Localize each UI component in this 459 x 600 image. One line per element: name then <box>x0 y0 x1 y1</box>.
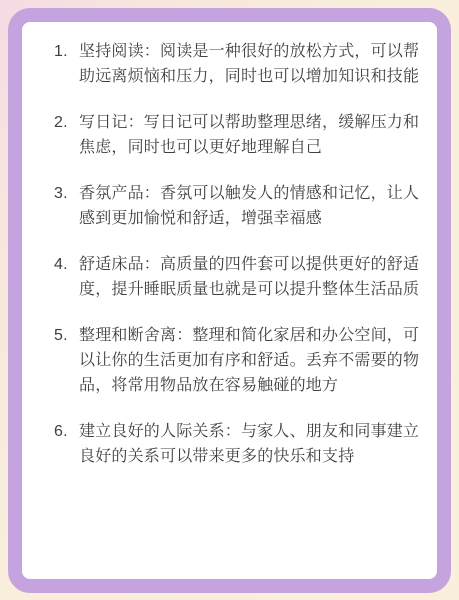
tips-card: 1. 坚持阅读：阅读是一种很好的放松方式，可以帮助远离烦恼和压力，同时也可以增加… <box>8 8 451 593</box>
tip-number: 6. <box>54 419 79 444</box>
tip-number: 1. <box>54 39 79 64</box>
tip-text: 坚持阅读：阅读是一种很好的放松方式，可以帮助远离烦恼和压力，同时也可以增加知识和… <box>79 39 420 89</box>
list-item: 5. 整理和断舍离：整理和简化家居和办公空间，可以让你的生活更加有序和舒适。丢弃… <box>54 323 421 398</box>
list-item: 3. 香氛产品：香氛可以触发人的情感和记忆，让人感到更加愉悦和舒适，增强幸福感 <box>54 181 421 231</box>
list-item: 1. 坚持阅读：阅读是一种很好的放松方式，可以帮助远离烦恼和压力，同时也可以增加… <box>54 39 421 89</box>
tip-text: 写日记：写日记可以帮助整理思绪，缓解压力和焦虑，同时也可以更好地理解自己 <box>79 110 420 160</box>
tip-text: 香氛产品：香氛可以触发人的情感和记忆，让人感到更加愉悦和舒适，增强幸福感 <box>79 181 420 231</box>
tip-number: 4. <box>54 252 79 277</box>
tip-text: 建立良好的人际关系：与家人、朋友和同事建立良好的关系可以带来更多的快乐和支持 <box>79 419 420 469</box>
list-item: 6. 建立良好的人际关系：与家人、朋友和同事建立良好的关系可以带来更多的快乐和支… <box>54 419 421 469</box>
tip-text: 舒适床品：高质量的四件套可以提供更好的舒适度，提升睡眠质量也就是可以提升整体生活… <box>79 252 420 302</box>
tip-text: 整理和断舍离：整理和简化家居和办公空间，可以让你的生活更加有序和舒适。丢弃不需要… <box>79 323 420 398</box>
tips-list: 1. 坚持阅读：阅读是一种很好的放松方式，可以帮助远离烦恼和压力，同时也可以增加… <box>54 39 421 469</box>
tip-number: 3. <box>54 181 79 206</box>
tip-number: 2. <box>54 110 79 135</box>
tips-card-inner: 1. 坚持阅读：阅读是一种很好的放松方式，可以帮助远离烦恼和压力，同时也可以增加… <box>22 22 437 579</box>
tip-number: 5. <box>54 323 79 348</box>
list-item: 2. 写日记：写日记可以帮助整理思绪，缓解压力和焦虑，同时也可以更好地理解自己 <box>54 110 421 160</box>
list-item: 4. 舒适床品：高质量的四件套可以提供更好的舒适度，提升睡眠质量也就是可以提升整… <box>54 252 421 302</box>
